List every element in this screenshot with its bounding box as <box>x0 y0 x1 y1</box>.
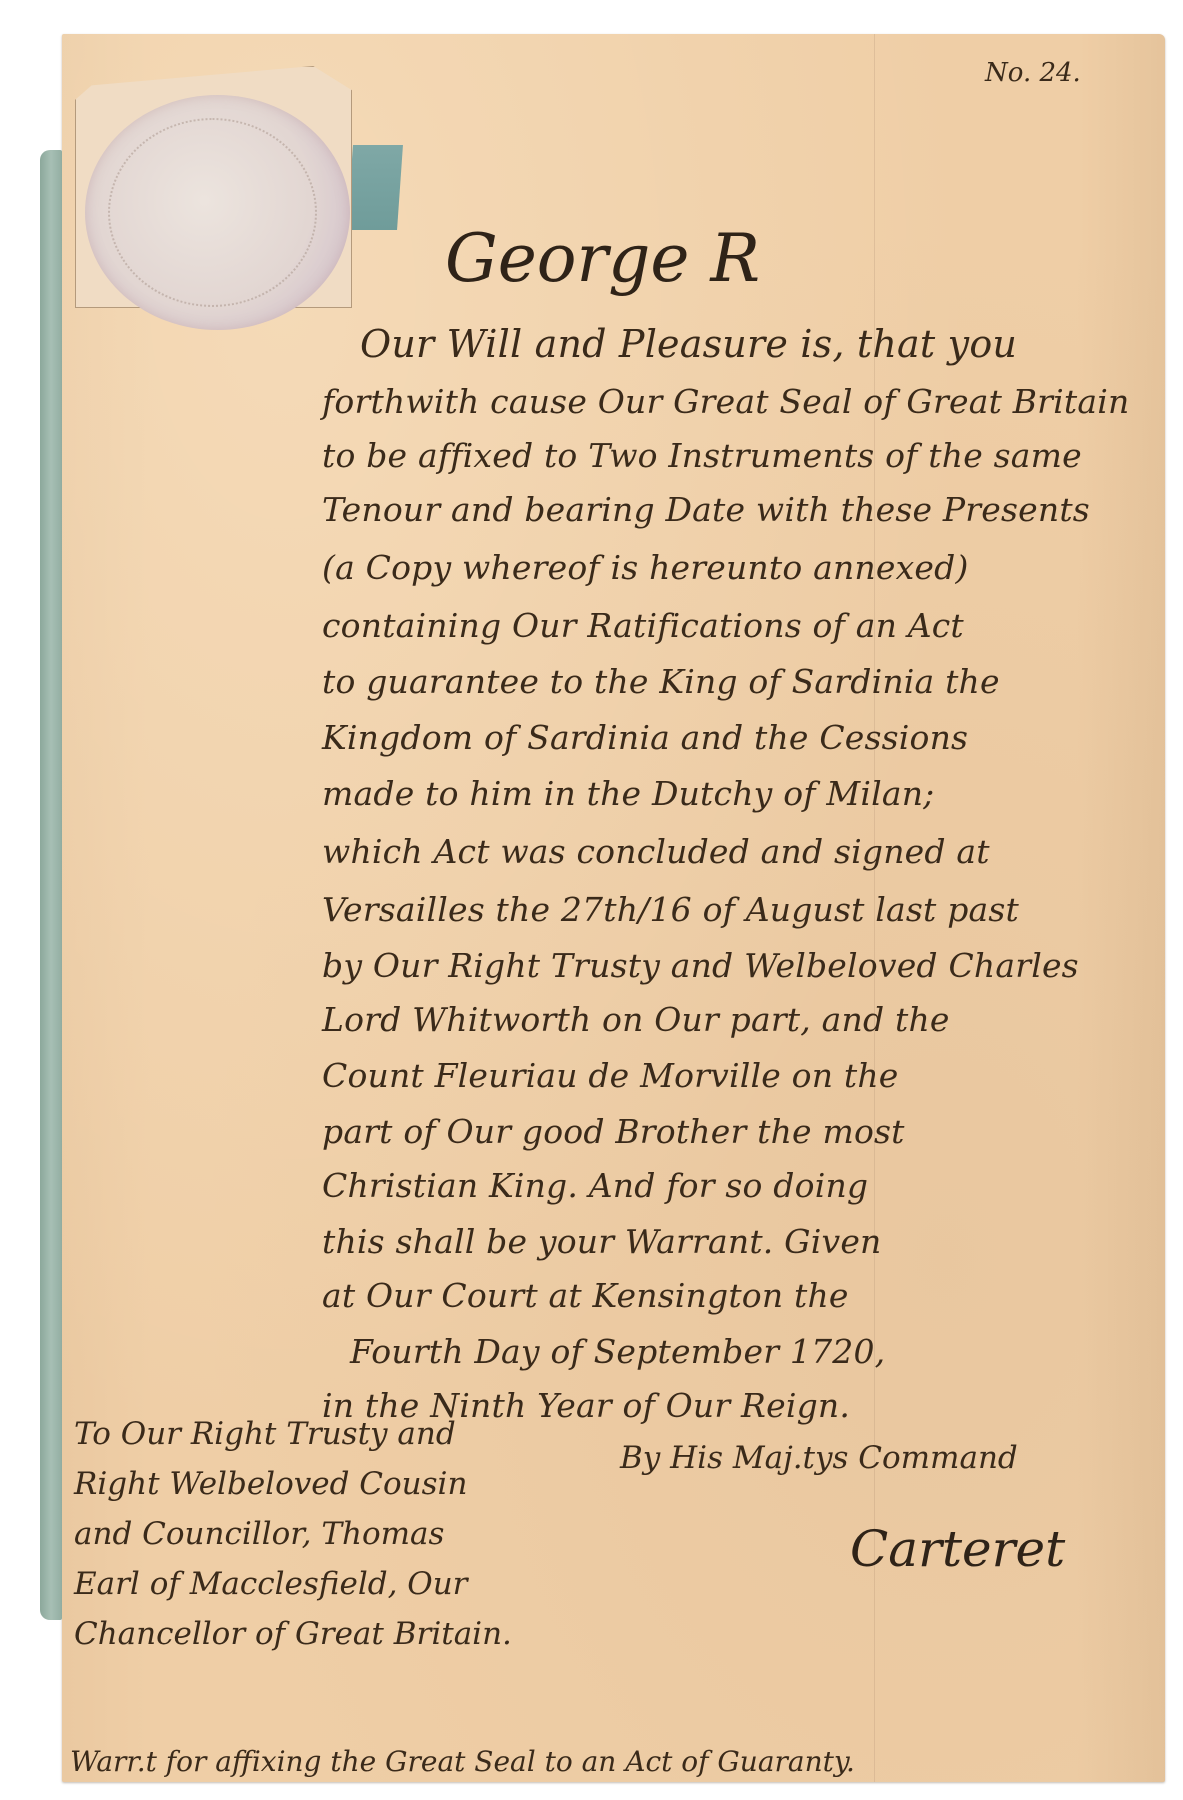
body-line: containing Our Ratifications of an Act <box>322 606 964 645</box>
seal-inscription-ring <box>108 118 317 307</box>
countersignature: Carteret <box>850 1520 1065 1578</box>
body-line: this shall be your Warrant. Given <box>322 1222 882 1261</box>
body-line: Kingdom of Sardinia and the Cessions <box>322 718 968 757</box>
body-line: Fourth Day of September 1720, <box>350 1332 885 1371</box>
body-line: Lord Whitworth on Our part, and the <box>322 1000 950 1039</box>
body-line: by Our Right Trusty and Welbeloved Charl… <box>322 946 1079 985</box>
body-line: which Act was concluded and signed at <box>322 832 990 871</box>
command-line: By His Maj.tys Command <box>620 1440 1018 1476</box>
binding-ribbon <box>40 150 62 1620</box>
docket-endorsement: Warr.t for affixing the Great Seal to an… <box>70 1745 855 1778</box>
royal-sign-manual: George R <box>445 220 760 297</box>
address-line: and Councillor, Thomas <box>74 1516 444 1552</box>
document-number: No. 24. <box>985 58 1081 88</box>
body-line: (a Copy whereof is hereunto annexed) <box>322 548 969 587</box>
address-line: Right Welbeloved Cousin <box>74 1466 467 1502</box>
address-line: Earl of Macclesfield, Our <box>74 1566 468 1602</box>
body-line: to be affixed to Two Instruments of the … <box>322 436 1082 475</box>
body-line: at Our Court at Kensington the <box>322 1276 849 1315</box>
address-line: Chancellor of Great Britain. <box>74 1616 512 1652</box>
body-line: Christian King. And for so doing <box>322 1166 868 1205</box>
body-line: made to him in the Dutchy of Milan; <box>322 774 935 813</box>
ribbon-tab <box>347 145 403 230</box>
body-line: Versailles the 27th/16 of August last pa… <box>322 890 1019 929</box>
body-line: Tenour and bearing Date with these Prese… <box>322 490 1090 529</box>
body-line: Count Fleuriau de Morville on the <box>322 1056 899 1095</box>
body-line: Our Will and Pleasure is, that you <box>360 322 1017 366</box>
address-line: To Our Right Trusty and <box>74 1416 456 1452</box>
body-line: part of Our good Brother the most <box>322 1112 905 1151</box>
body-line: to guarantee to the King of Sardinia the <box>322 662 1000 701</box>
body-line: forthwith cause Our Great Seal of Great … <box>322 382 1129 421</box>
